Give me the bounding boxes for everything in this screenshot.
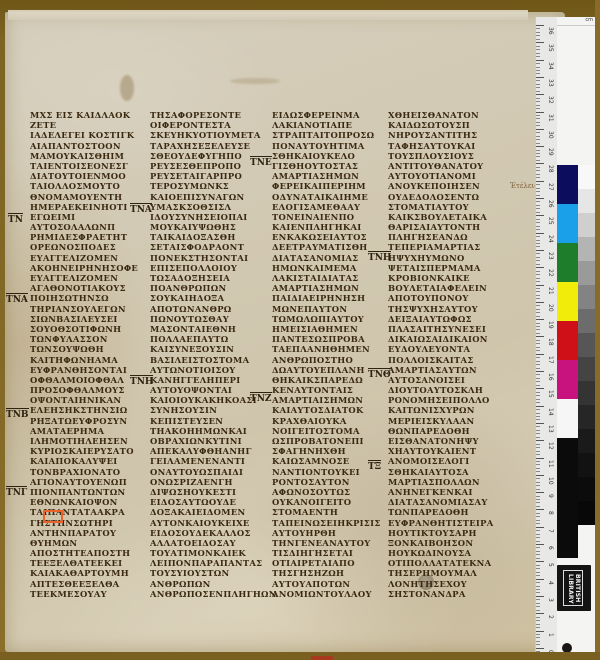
ruler-minor-tick [536,39,540,40]
background-edge-bottom [0,652,600,660]
ruler-minor-tick [536,433,540,434]
ruler-minor-tick [536,295,540,296]
text-line: ΑΥΤΟΣΑΝΟΙΣΕΙ [388,375,494,385]
ruler-minor-tick [536,582,540,583]
ruler-minor-tick [536,454,540,455]
ruler-number: 22 [547,269,554,277]
ruler-minor-tick [536,28,540,29]
text-line: ΤΑΕΠΛΑΝΗΘΗΜΕΝ [272,344,381,354]
text-line: ΙΑΔΕΛΕΓΕΙ ΚΟΣΤΙΓΚ [30,130,138,140]
text-line: ΤΕΕΚΜΕΣΟΥΑΥ [30,589,138,599]
text-line: ΒΟΥΛΕΤΑΙΑΦΕΛΕΙΝ [388,283,494,293]
text-line: ΑΠΟΣΤΗΤΕΑΠΟΣΤΗ [30,548,138,558]
ruler-minor-tick [536,471,540,472]
highlighted-word-box[interactable] [43,510,63,523]
text-line: ΔΙΑΤΑΣΑΝΟΜΙΑΣΑΥ [388,497,494,507]
text-line: ΑΥΤΟΥΗΡΘΗ [272,528,381,538]
ruler-major-tick [536,163,544,164]
ruler-minor-tick [536,243,540,244]
ruler-minor-tick [536,167,540,168]
text-line: ΚΑΙΣΥΝΕΞΟΥΣΙΝ [150,344,277,354]
text-line: ΠΟΛΛΑΕΠΑΥΤΩ [150,334,277,344]
text-line: ΠΟΙΗΣΩΤΗΝΣΩ [30,293,138,303]
text-line: ΕΥΔΟΥΛΕΥΟΝΤΑ [388,344,494,354]
text-line: ΤΕΠΕΡΙΑΜΑΡΤΙΑΣ [388,242,494,252]
grey-step-swatch [578,429,595,453]
text-line: ΥΜΑΣΚΣΟΘΣΙΣΛ [150,202,277,212]
text-line: ΑΜΑΡΤΙΑΣΗΜΩΝ [272,283,381,293]
ruler-minor-tick [536,603,540,604]
text-line: ΤΑΦΗΣΑΥΤΟΥΚΑΙ [388,141,494,151]
ruler-minor-tick [536,340,540,341]
section-number-marginalia: ΤΝΑ [130,205,152,215]
badge-text-library: LIBRARY [567,574,574,604]
ruler-major-tick [536,371,544,372]
text-line: ΧΗΑΥΤΟΥΚΑΙΕΝΤ [388,446,494,456]
ruler-minor-tick [536,357,540,358]
text-line: ΚΑΙΤΗΦΩΝΗΑΜΑ [30,355,138,365]
ruler-minor-tick [536,264,540,265]
text-line: ΤΕΡΟΣΥΜΩΝΚΣ [150,181,277,191]
ruler-minor-tick [536,641,540,642]
text-line: ΑΛΛΑΤΟΕΙΔΟΣΑΥ [150,538,277,548]
grey-step-swatch [578,453,595,477]
ruler-minor-tick [536,523,540,524]
ruler-minor-tick [536,624,540,625]
text-line: ΘΑΡΙΣΑΙΑΥΤΟΝΤΗ [388,222,494,232]
ruler-minor-tick [536,364,540,365]
text-line: ΟΨΟΝΤΑΙΗΝΙΚΑΝ [30,395,138,405]
text-line: ΒΑΣΙΛΕΙΣΤΟΣΤΟΜΑ [150,355,277,365]
text-line: ΛΟΝΗΤΗΣΕΧΟΥ [388,579,494,589]
text-column-3: ΕΙΔΩΣΦΕΡΕΙΝΜΑΛΑΚΙΑΝΟΤΙΑΠΕΣΤΡΑΠΤΑΙΤΟΠΡΟΣΩ… [272,110,381,599]
text-line: ΟΝΑΥΤΟΥΩΣΠΑΙΔΙ [150,467,277,477]
ruler-minor-tick [536,534,540,535]
ruler-major-tick [536,544,544,545]
ruler-number: 23 [547,252,554,260]
text-line: ΩΣΠΡΟΒΑΤΟΝΕΠΙ [272,436,381,446]
ruler-major-tick [536,406,544,407]
text-line: ΤΗΣΑΦΟΡΕΣΟΝΤΕ [150,110,277,120]
text-line: ΘΥΗΜΩΝ [30,538,138,548]
text-line: ΑΝΟΜΟΙΣΕΛΟΓΙ [388,456,494,466]
ruler-number: 2 [547,615,554,619]
text-line: ΑΜΑΡΤΙΑΣΗΜΩΝ [272,171,381,181]
grey-step-swatch [578,381,595,405]
text-line: ΚΑΙΑΚΑΘΑΡΤΟΥΜΗ [30,568,138,578]
text-line: ΑΦΩΝΟΣΟΥΤΩΣ [272,487,381,497]
text-line: ΜΑΣΟΝΤΑΙΕΘΝΗ [150,324,277,334]
ruler-number: 25 [547,217,554,225]
ruler-minor-tick [536,132,540,133]
ruler-minor-tick [536,188,540,189]
text-line: ΑΙΑΠΑΝΤΟΣΤΟΟΝ [30,141,138,151]
ruler-major-tick [536,181,544,182]
ruler-minor-tick [536,281,540,282]
text-line: ΤΑΙΚΑΙΔΟΞΑΣΘΗ [150,232,277,242]
ruler-minor-tick [536,143,540,144]
ruler-major-tick [536,648,544,649]
red-marker [311,656,333,660]
text-line: ΟΤΙΑΙΡΕΤΑΙΑΠΟ [272,558,381,568]
grey-step-swatch [578,357,595,381]
text-line: ΑΥΤΟΣΟΛΑΛΩΝΠ [30,222,138,232]
text-line: ΡΕΥΣΕΤΑΙΓΑΡΠΡΟ [150,171,277,181]
text-line: ΝΗΡΟΥΣΑΝΤΙΤΗΣ [388,130,494,140]
ruler-major-tick [536,388,544,389]
ruler-minor-tick [536,347,540,348]
ruler-minor-tick [536,323,540,324]
text-line: ΕΘΝΩΝΚΑΙΟΨΟΝ [30,497,138,507]
ruler-minor-tick [536,174,540,175]
text-line: ΤΗΝΓΕΝΕΑΝΑΥΤΟΥ [272,538,381,548]
text-line: ΚΥΡΙΟΣΚΑΙΕΡΥΣΑΤΟ [30,446,138,456]
ruler-minor-tick [536,298,540,299]
text-line: ΤΩΝΠΑΡΕΔΟΘΗ [388,507,494,517]
text-line: ΛΑΚΙΣΤΑΙΔΙΑΤΑΣ [272,273,381,283]
ruler-minor-tick [536,395,540,396]
text-line: ΗΜΩΝΚΑΙΜΕΜΑ [272,263,381,273]
ruler-number: 36 [547,27,554,35]
ruler-minor-tick [536,35,540,36]
ruler-minor-tick [536,170,540,171]
ruler-minor-tick [536,32,540,33]
text-line: ΤΗΣΕΡΗΜΟΥΜΑΛ [388,568,494,578]
ruler-number: 27 [547,183,554,191]
ruler-minor-tick [536,291,540,292]
ruler-major-tick [536,423,544,424]
ruler-minor-tick [536,385,540,386]
ruler-minor-tick [536,599,540,600]
ruler-minor-tick [536,437,540,438]
text-line: ΞΟΝΚΑΙΒΟΗΣΟΝ [388,538,494,548]
color-swatch-cyan [557,204,578,243]
ruler-minor-tick [536,464,540,465]
ruler-major-tick [536,527,544,528]
text-line: ΤΩΜΩΛΩΠΙΑΥΤΟΥ [272,314,381,324]
ruler-minor-tick [536,122,540,123]
ruler-minor-tick [536,49,540,50]
ruler-minor-tick [536,637,540,638]
ruler-minor-tick [536,274,540,275]
ruler-major-tick [536,492,544,493]
text-line: ΑΠΟΤΟΥΠΟΝΟΥ [388,293,494,303]
ruler-major-tick [536,60,544,61]
text-line: ΠΑΝΤΕΣΩΣΠΡΟΒΑ [272,334,381,344]
ruler-minor-tick [536,610,540,611]
ruler-minor-tick [536,333,540,334]
text-line: ΑΝΟΥΚΕΠΟΙΗΣΕΝ [388,181,494,191]
text-line: ΑΥΤΟΥΑΠΟΤΩΝ [272,579,381,589]
text-line: ΣΚΕΥΗΚΥΟΤΙΟΥΜΕΤΑ [150,130,277,140]
ruler-number: 8 [547,511,554,515]
ruler-minor-tick [536,413,540,414]
text-line: ΜΑΜΟΥΚΑΙΣΘΗΙΜ [30,151,138,161]
ruler-major-tick [536,509,544,510]
color-swatch-red [557,321,578,360]
text-line: ΤΗΡΙΑΝΣΟΥΛΕΓΩΝ [30,304,138,314]
ruler-number: 34 [547,62,554,70]
ruler-number: 1 [547,633,554,637]
ruler-minor-tick [536,70,540,71]
ruler-number: 5 [547,563,554,567]
ruler-minor-tick [536,260,540,261]
ruler-minor-tick [536,558,540,559]
color-swatch-black [557,438,578,558]
text-line: ΟΥΔΕΔΟΛΟΣΕΝΤΩ [388,192,494,202]
text-line: ΓΙΣΘΗΟΥΤΟΣΤΑΣ [272,161,381,171]
grey-step-swatch [578,189,595,213]
text-line: ΝΑΝΤΙΟΝΤΟΥΚΕΙ [272,467,381,477]
ruler-major-tick [536,354,544,355]
ruler-minor-tick [536,226,540,227]
section-number-marginalia: ΤΞ [368,462,381,472]
ruler-minor-tick [536,419,540,420]
ruler-minor-tick [536,575,540,576]
ruler-minor-tick [536,451,540,452]
ruler-minor-tick [536,502,540,503]
ruler-minor-tick [536,326,540,327]
text-line: ΡΗΜΙΔΕΣΦΡΑΕΤΗΤ [30,232,138,242]
text-line: ΣΟΥΚΑΙΗΔΟΞΑ [150,293,277,303]
text-line: ΣΤΟΜΑΕΝΤΗ [272,507,381,517]
ruler-minor-tick [536,195,540,196]
ruler-major-tick [536,336,544,337]
ruler-minor-tick [536,350,540,351]
text-line: ΕΥΑΓΓΕΛΙΖΟΜΕΝ [30,273,138,283]
ruler-number: 7 [547,529,554,533]
ruler-minor-tick [536,617,540,618]
ruler-major-tick [536,94,544,95]
text-line: ΕΙΔΟΣΑΥΤΩΟΥΔΕ [150,497,277,507]
ruler-major-tick [536,285,544,286]
ruler-number: 11 [547,460,554,468]
text-line: ΘΝΟΜΑΜΟΥΕΝΤΗ [30,192,138,202]
text-line: ΚΑΙΚΣΒΟΥΛΕΤΑΙΚΑ [388,212,494,222]
text-line: ΑΠΟΤΩΝΑΝΘΡΩ [150,304,277,314]
text-line: ΚΑΙΟΕΠΙΣΥΝΑΓΩΝ [150,192,277,202]
text-column-1: ΜΧΣ ΕΙΣ ΚΑΙΔΛΑΟΚΖΕΤΕΙΑΔΕΛΕΓΕΙ ΚΟΣΤΙΓΚΑΙΑ… [30,110,138,599]
text-line: ΨΕΤΑΙΣΠΕΡΜΑΜΑ [388,263,494,273]
ruler-minor-tick [536,329,540,330]
ruler-minor-tick [536,184,540,185]
ruler-minor-tick [536,444,540,445]
text-line: ΕΥΦΡΑΝΘΗΤΙΣΤΕΙΡΑ [388,518,494,528]
ruler-minor-tick [536,547,540,548]
ruler-number: 14 [547,408,554,416]
text-line: ΤΟΝΕΙΝΑΙΕΝΠΟ [272,212,381,222]
ruler-minor-tick [536,592,540,593]
color-swatch-white [557,399,578,438]
text-line: ΟΦΘΑΛΜΟΙΟΦΘΑΛ [30,375,138,385]
ruler-number: 24 [547,235,554,243]
text-line: ΕΛΟΓΙΣΑΜΕΘΑΑΥ [272,202,381,212]
text-line: ΘΩΝΠΑΡΕΔΟΘΗ [388,426,494,436]
text-line: ΔΙΨΩΣΗΟΥΚΕΣΤΙ [150,487,277,497]
text-line: ΤΗΑΚΟΗΗΜΩΝΚΑΙ [150,426,277,436]
ruler-major-tick [536,198,544,199]
text-line: ΣΦΑΓΗΝΗΧΘΗ [272,446,381,456]
ruler-major-tick [536,319,544,320]
text-line: ΦΕΡΕΙΚΑΙΠΕΡΙΗΜ [272,181,381,191]
grey-step-swatch [578,501,595,525]
ruler-minor-tick [536,381,540,382]
section-number-marginalia: ΤΝΕ [250,158,272,168]
text-line: ΠΩΝΟΥΤΩΣΘΑΥ [150,314,277,324]
ruler-major-tick [536,77,544,78]
text-line: ΙΔΟΥΣΥΝΗΣΕΙΟΠΑΙ [150,212,277,222]
text-line: ΣΘΗΚΑΙΟΥΚΕΛΟ [272,151,381,161]
ruler-minor-tick [536,447,540,448]
text-line: ΤΩΣΑΔΟΞΗΣΕΙΑ [150,273,277,283]
ruler-number: 15 [547,390,554,398]
ruler-minor-tick [536,257,540,258]
text-line: ΧΘΗΕΙΣΘΑΝΑΤΟΝ [388,110,494,120]
text-line: ΤΩΝΣΟΥΨΩΘΗ [30,344,138,354]
ruler-minor-tick [536,554,540,555]
ruler-number: 30 [547,131,554,139]
ruler-minor-tick [536,496,540,497]
section-number-marginalia: ΤΝΑ [6,295,28,305]
text-line: ΟΤΙΠΟΛΛΑΤΑΤΕΚΝΑ [388,558,494,568]
text-line: ΔΕΙΞΑΙΑΥΤΩΦΩΣ [388,314,494,324]
ruler-minor-tick [536,606,540,607]
ruler-minor-tick [536,565,540,566]
text-line: ΚΑΙΤΩΝΙΣΧΥΡΩΝ [388,405,494,415]
ruler-minor-tick [536,46,540,47]
ruler-major-tick [536,42,544,43]
ruler-minor-tick [536,91,540,92]
text-column-2: ΤΗΣΑΦΟΡΕΣΟΝΤΕΟΙΦΕΡΟΝΤΕΣΤΑΣΚΕΥΗΚΥΟΤΙΟΥΜΕΤ… [150,110,277,599]
ruler-minor-tick [536,240,540,241]
text-line: ΟΝΩΣΡΙΖΑΕΝΓΗ [150,477,277,487]
text-line: ΓΕΙΛΑΜΕΝΕΝΑΝΤΙ [150,456,277,466]
background-edge-right [595,0,600,660]
text-line: ΗΟΥΚΩΔΙΝΟΥΣΑ [388,548,494,558]
text-line: ΠΟΝΕΚΣΤΗΣΟΝΤΑΙ [150,253,277,263]
grey-step-swatch [578,309,595,333]
ruler-minor-tick [536,160,540,161]
ruler-minor-tick [536,586,540,587]
text-line: ΑΝΘΡΩΠΟΣΤΗΟ [272,355,381,365]
ruler-minor-tick [536,56,540,57]
text-line: ΑΝΤΗΝΠΑΡΑΤΟΥ [30,528,138,538]
text-line: ΤΑΡΑΧΗΣΕΞΕΛΕΥΣΕ [150,141,277,151]
ruler-major-tick [536,475,544,476]
ruler-minor-tick [536,212,540,213]
ruler-minor-tick [536,73,540,74]
text-line: ΑΠΕΚΑΛΥΦΘΗΑΝΗΓ [150,446,277,456]
ruler-minor-tick [536,378,540,379]
ruler-major-tick [536,233,544,234]
ruler-minor-tick [536,136,540,137]
text-line: ΔΙΑΤΑΣΑΝΟΜΙΑΣ [272,253,381,263]
text-line: ΑΚΟΗΝΕΙΡΗΝΗΣΟΦΕ [30,263,138,273]
ruler-minor-tick [536,316,540,317]
text-line: ΑΝΗΝΕΓΚΕΝΚΑΙ [388,487,494,497]
ruler-minor-tick [536,108,540,109]
ruler-minor-tick [536,589,540,590]
text-line: ΔΩΑΥΤΟΥΕΠΛΑΝΗ [272,365,381,375]
british-library-badge: BRITISH LIBRARY [557,565,591,611]
ruler-minor-tick [536,63,540,64]
ruler-minor-tick [536,416,540,417]
ruler-minor-tick [536,222,540,223]
text-line: ΝΟΙΓΕΙΤΟΣΤΟΜΑ [272,426,381,436]
ruler-number: 13 [547,425,554,433]
grey-step-swatch [578,237,595,261]
ruler-minor-tick [536,201,540,202]
grey-step-swatch [578,261,595,285]
text-line: ΔΟΞΑΚΑΙΕΙΔΟΜΕΝ [150,507,277,517]
ruler-minor-tick [536,361,540,362]
badge-text-british: BRITISH [574,574,581,603]
ruler-minor-tick [536,343,540,344]
ruler-major-tick [536,129,544,130]
ruler-minor-tick [536,627,540,628]
color-swatch-yellow [557,282,578,321]
ruler-number: 33 [547,79,554,87]
text-line: ΚΑΝΗΓΓΕΛΗΠΕΡΙ [150,375,277,385]
text-line: ΠΟΝΑΥΤΟΥΗΤΙΜΑ [272,141,381,151]
grey-step-swatch [578,165,595,189]
text-line: ΠΑΙΔΙΑΕΙΡΗΝΗΣΗ [272,293,381,303]
ruler-minor-tick [536,430,540,431]
text-line: ΠΟΛΛΟΙΣΚΑΙΤΑΣ [388,355,494,365]
text-line: ΟΒΡΑΧΙΩΝΚΥΤΙΝΙ [150,436,277,446]
ruler-minor-tick [536,516,540,517]
text-line: ΖΕΤΕ [30,120,138,130]
ruler-minor-tick [536,368,540,369]
ruler-major-tick [536,631,544,632]
ruler-minor-tick [536,530,540,531]
ruler-minor-tick [536,392,540,393]
text-line: ΔΙΚΑΙΩΣΑΙΔΙΚΑΙΟΝ [388,334,494,344]
ruler-minor-tick [536,229,540,230]
text-line: ΜΕΡΙΕΙΣΚΥΛΑΑΝ [388,416,494,426]
grey-step-swatch [578,405,595,429]
ruler-minor-tick [536,409,540,410]
ruler-major-tick [536,146,544,147]
text-line: ΑΝΘΡΩΠΩΝ [150,579,277,589]
color-calibration-target: cm [557,17,595,657]
ruler-minor-tick [536,101,540,102]
ruler-major-tick [536,302,544,303]
ink-stain [230,78,280,84]
text-line: ΣΕΤΑΙΣΦΟΔΡΑΟΝΤ [150,242,277,252]
text-line: ΠΛΗΓΗΣΕΑΝΔΩ [388,232,494,242]
text-line: ΣΘΗΚΑΙΑΥΤΟΣΑ [388,467,494,477]
text-line: ΑΥΤΟΝΚΑΙΟΥΚΕΙΧΕ [150,518,277,528]
text-line: ΗΜΕΙΣΙΑΘΗΜΕΝ [272,324,381,334]
ruler-minor-tick [536,278,540,279]
text-line: ΕΙΔΟΣΟΥΔΕΚΑΛΛΟΣ [150,528,277,538]
text-line: ΣΤΡΑΠΤΑΙΤΟΠΡΟΣΩ [272,130,381,140]
ruler-minor-tick [536,118,540,119]
ruler-minor-tick [536,115,540,116]
text-line: ΛΑΚΙΑΝΟΤΙΑΠΕ [272,120,381,130]
text-line: ΕΙΣΘΑΝΑΤΟΝΗΨΥ [388,436,494,446]
ruler-minor-tick [536,84,540,85]
ruler-minor-tick [536,309,540,310]
text-line: ΤΕΕΞΕΛΘΑΤΕΕΚΕΙ [30,558,138,568]
text-line: ΤΗΣΓΗΣΗΖΩΗ [272,568,381,578]
ruler-minor-tick [536,312,540,313]
scale-ruler: 3635343332313029282726252423222120191817… [535,17,558,657]
text-line: ΟΙΦΕΡΟΝΤΕΣΤΑ [150,120,277,130]
ruler-minor-tick [536,153,540,154]
text-line: ΚΑΙΑΠΟΚΑΛΥΨΕΙ [30,456,138,466]
